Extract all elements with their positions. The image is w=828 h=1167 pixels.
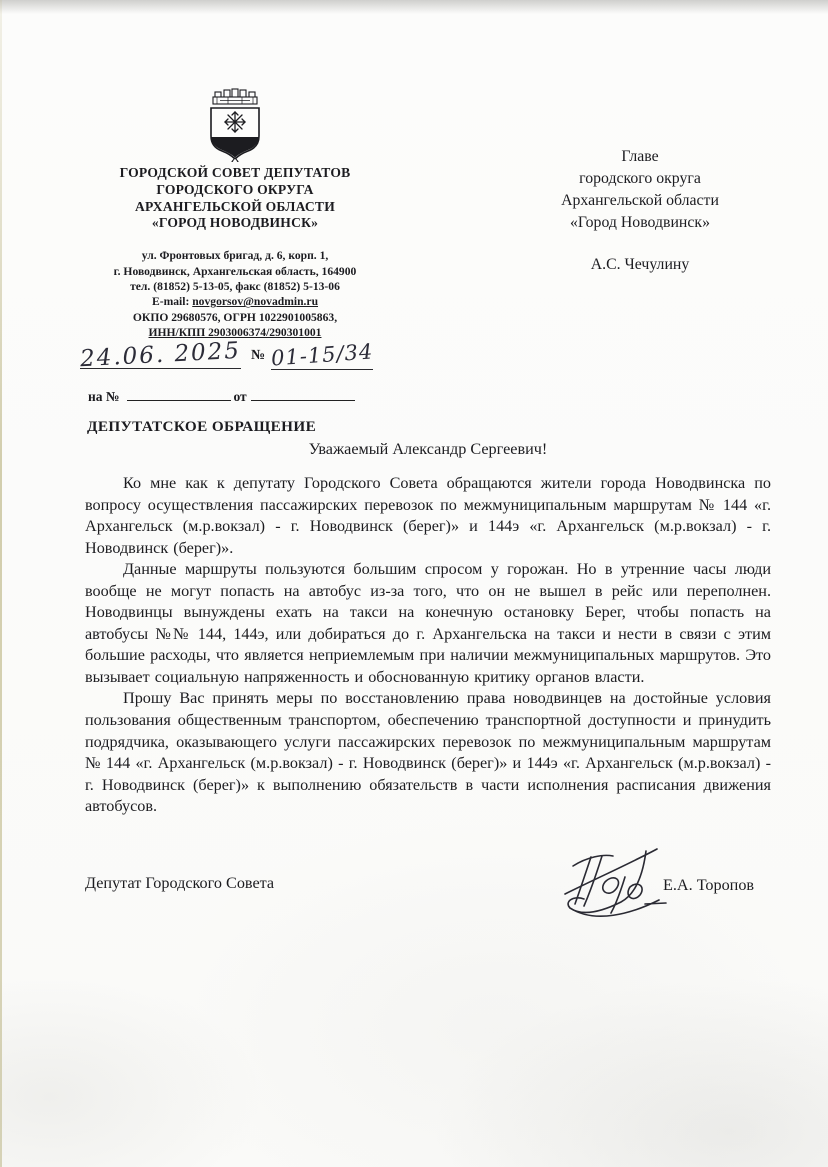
reply-na-label: на № (88, 389, 119, 404)
letter-body: Ко мне как к депутату Городского Совета … (85, 473, 771, 818)
reply-reference-row: на №от (60, 388, 410, 405)
recipient-name: А.С. Чечулину (505, 254, 775, 276)
recipient-line: Главе (505, 146, 775, 168)
org-line: «ГОРОД НОВОДВИНСК» (60, 215, 410, 232)
reply-ot-label: от (233, 389, 246, 404)
okpo-line: ОКПО 29680576, ОГРН 1022901005863, (60, 310, 410, 325)
snowflake-icon (225, 112, 245, 132)
coat-of-arms-icon (202, 84, 268, 162)
address-line: г. Новодвинск, Архангельская область, 16… (60, 264, 410, 279)
recipient-line: Архангельской области (505, 190, 775, 212)
email-label: E-mail: (152, 295, 192, 308)
scanned-letter-page: ГОРОДСКОЙ СОВЕТ ДЕПУТАТОВ ГОРОДСКОГО ОКР… (0, 0, 828, 1167)
recipient-line: «Город Новодвинск» (505, 212, 775, 234)
address-line: ул. Фронтовых бригад, д. 6, корп. 1, (60, 248, 410, 263)
document-type-title: ДЕПУТАТСКОЕ ОБРАЩЕНИЕ (60, 418, 410, 436)
number-sign-label: № (251, 348, 265, 363)
letterhead: ГОРОДСКОЙ СОВЕТ ДЕПУТАТОВ ГОРОДСКОГО ОКР… (60, 84, 410, 436)
org-line: ГОРОДСКОЙ СОВЕТ ДЕПУТАТОВ (60, 165, 410, 182)
handwritten-number: 01-15/34 (270, 339, 374, 370)
greeting-line: Уважаемый Александр Сергеевич! (85, 440, 771, 459)
body-paragraph-3: Прошу Вас принять меры по восстановлению… (85, 688, 771, 817)
handwritten-date: 24.06. 2025 (79, 337, 241, 371)
recipient-line: городского округа (505, 168, 775, 190)
handwritten-date-field: 24.06. 2025 (80, 342, 241, 369)
email-line: E-mail: novgorsov@novadmin.ru (60, 294, 410, 309)
handwritten-number-field: 01-15/34 (271, 343, 373, 370)
body-paragraph-1: Ко мне как к депутату Городского Совета … (85, 473, 771, 559)
signer-name: Е.А. Торопов (663, 876, 754, 895)
signature-icon (553, 842, 673, 928)
recipient-block: Главе городского округа Архангельской об… (505, 146, 775, 276)
phone-line: тел. (81852) 5-13-05, факс (81852) 5-13-… (60, 279, 410, 294)
org-contacts-block: ул. Фронтовых бригад, д. 6, корп. 1, г. … (60, 248, 410, 340)
reply-date-blank (251, 388, 355, 401)
org-name-block: ГОРОДСКОЙ СОВЕТ ДЕПУТАТОВ ГОРОДСКОГО ОКР… (60, 165, 410, 232)
org-line: ГОРОДСКОГО ОКРУГА (60, 182, 410, 199)
reply-number-blank (127, 388, 231, 401)
signer-position: Депутат Городского Совета (85, 874, 274, 893)
signature-row: Депутат Городского Совета Е.А. Торопов (85, 862, 771, 932)
email-address: novgorsov@novadmin.ru (192, 295, 318, 308)
reference-row: 24.06. 2025№01-15/34 (60, 342, 410, 376)
org-line: АРХАНГЕЛЬСКОЙ ОБЛАСТИ (60, 199, 410, 216)
body-paragraph-2: Данные маршруты пользуются большим спрос… (85, 559, 771, 688)
